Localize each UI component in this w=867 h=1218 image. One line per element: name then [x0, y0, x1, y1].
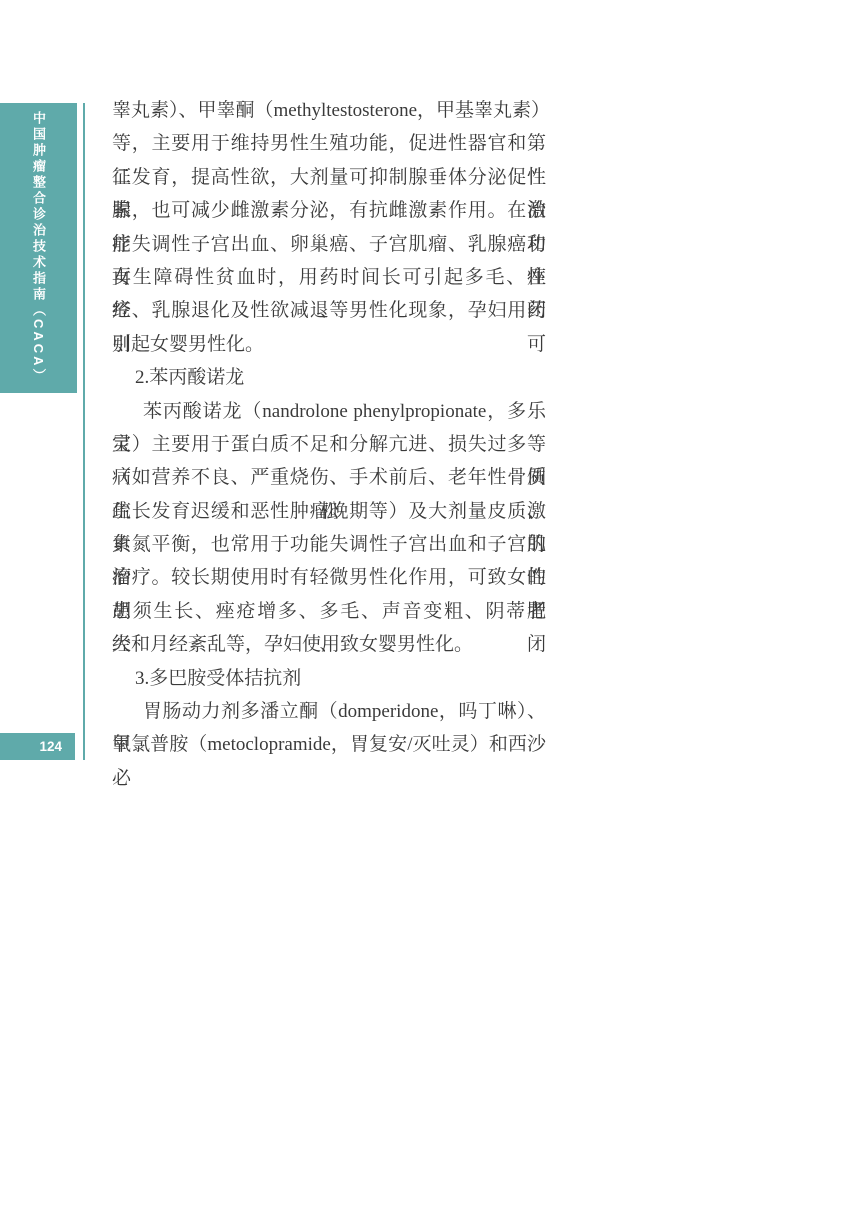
- text-line: 治疗。较长期使用时有轻微男性化作用，可致女性患者: [112, 561, 546, 594]
- text-line: 能失调性子宫出血、卵巢癌、子宫肌瘤、乳腺癌和女性: [112, 228, 546, 261]
- text-line: 胃肠动力剂多潘立酮（domperidone，吗丁啉）、甲: [112, 695, 546, 728]
- spine-divider-line: [83, 103, 85, 760]
- text-line: 素，也可减少雌激素分泌，有抗雌激素作用。在治疗功: [112, 194, 546, 227]
- text-line: 等，主要用于维持男性生殖功能，促进性器官和第二性: [112, 127, 546, 160]
- text-line: （如营养不良、严重烧伤、手术前后、老年性骨质疏松、: [112, 461, 546, 494]
- page-content: 睾丸素）、甲睾酮（methyltestosterone，甲基睾丸素） 等，主要用…: [112, 94, 546, 762]
- page-number: 124: [39, 739, 62, 754]
- spine-title-block: 中国肿瘤整合诊治技术指南（CACA）: [0, 103, 77, 393]
- page-number-badge: 124: [0, 733, 75, 760]
- text-line: 灵）主要用于蛋白质不足和分解亢进、损失过多等病例: [112, 428, 546, 461]
- text-line: 氧氯普胺（metoclopramide，胃复安/灭吐灵）和西沙必: [112, 728, 546, 761]
- text-line: 苯丙酸诺龙（nandrolone phenylpropionate，多乐宝: [112, 395, 546, 428]
- text-line: 负氮平衡，也常用于功能失调性子宫出血和子宫肌瘤的: [112, 528, 546, 561]
- text-line: 生长发育迟缓和恶性肿瘤晚期等）及大剂量皮质激素的: [112, 495, 546, 528]
- spine-title: 中国肿瘤整合诊治技术指南（CACA）: [29, 111, 48, 385]
- section-heading: 2.苯丙酸诺龙: [112, 361, 546, 394]
- text-line: 再生障碍性贫血时，用药时间长可引起多毛、痤疮、闭: [112, 261, 546, 294]
- text-line: 睾丸素）、甲睾酮（methyltestosterone，甲基睾丸素）: [112, 94, 546, 127]
- text-line: 胡须生长、痤疮增多、多毛、声音变粗、阴蒂肥大、闭: [112, 595, 546, 628]
- text-line: 征发育，提高性欲，大剂量可抑制腺垂体分泌促性腺激: [112, 161, 546, 194]
- section-heading: 3.多巴胺受体拮抗剂: [112, 662, 546, 695]
- text-line: 经、乳腺退化及性欲减退等男性化现象，孕妇用药则可: [112, 294, 546, 327]
